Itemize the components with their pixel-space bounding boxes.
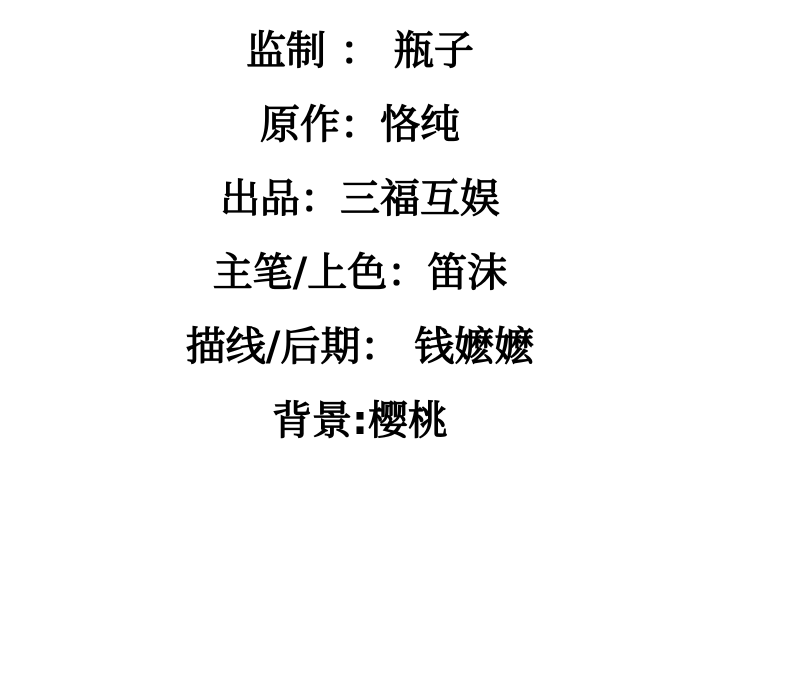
credits-line-lead-artist-coloring: 主笔/上色：笛沫 — [0, 236, 720, 310]
credits-line-supervisor: 监制 ： 瓶子 — [0, 14, 720, 88]
credits-line-background: 背景:樱桃 — [0, 384, 720, 458]
credits-block: 监制 ： 瓶子 原作：恪纯 出品：三福互娱 主笔/上色：笛沫 描线/后期： 钱嬷… — [0, 14, 720, 458]
credits-page: 监制 ： 瓶子 原作：恪纯 出品：三福互娱 主笔/上色：笛沫 描线/后期： 钱嬷… — [0, 0, 800, 675]
credits-line-lineart-postproduction: 描线/后期： 钱嬷嬷 — [0, 310, 720, 384]
credits-line-original-work: 原作：恪纯 — [0, 88, 720, 162]
credits-line-producer: 出品：三福互娱 — [0, 162, 720, 236]
